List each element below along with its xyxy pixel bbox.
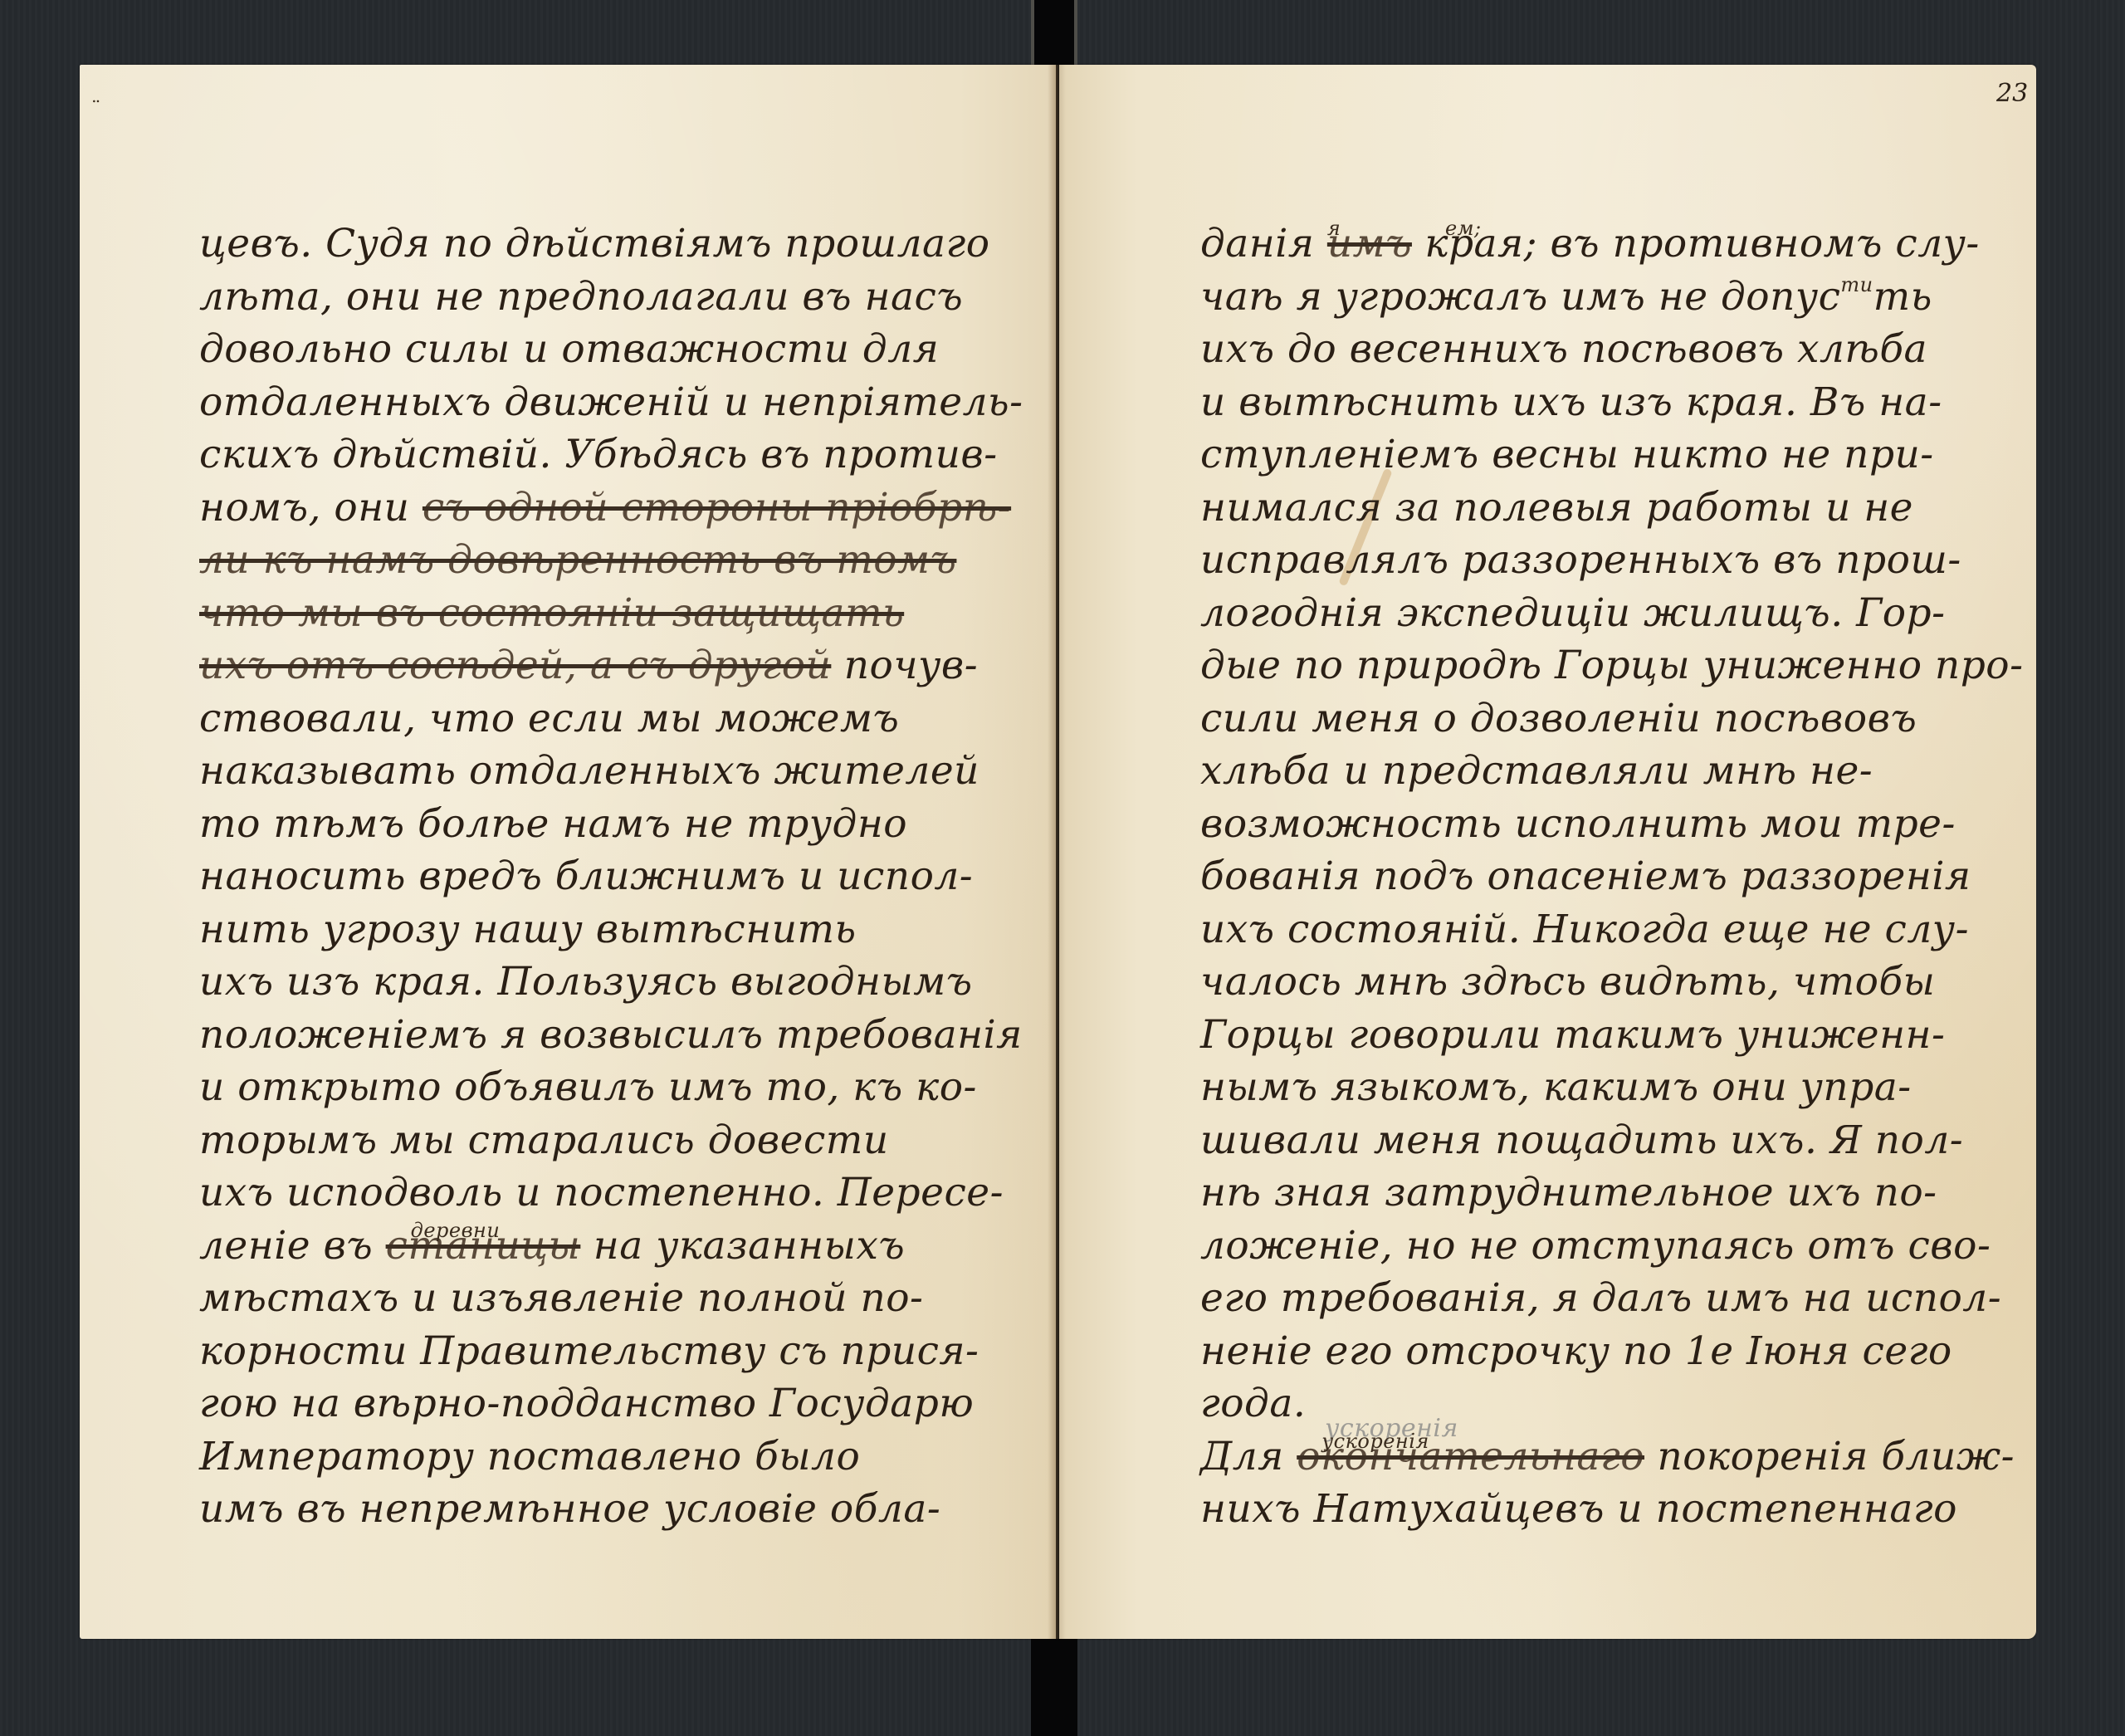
manuscript-line: логоднія экспедиціи жилищъ. Гор- [1200,587,2039,640]
manuscript-line: что мы въ состояніи защищать [199,587,1058,640]
manuscript-line: ствовали, что если мы можемъ [199,692,1058,746]
line-text: шивали меня пощадить ихъ. Я пол- [1200,1117,1963,1163]
line-text: хлѣба и представляли мнѣ не- [1200,748,1873,794]
manuscript-line: леніе въ станицыдеревни на указанныхъ [199,1220,1058,1273]
line-text: гою на вѣрно-подданство Государю [199,1381,974,1426]
line-text: имъ въ непремѣнное условіе обла- [199,1486,940,1532]
manuscript-line: ложеніе, но не отступаясь отъ сво- [1200,1220,2039,1273]
manuscript-line: сили меня о дозволеніи посѣвовъ [1200,692,2039,746]
line-text: ихъ изъ края. Пользуясь выгоднымъ [199,959,973,1005]
line-text: покоренія ближ- [1644,1434,2015,1479]
manuscript-line: Императору поставлено было [199,1430,1058,1484]
manuscript-line: возможность исполнить мои тре- [1200,798,2039,851]
manuscript-line: шивали меня пощадить ихъ. Я пол- [1200,1114,2039,1167]
manuscript-line: ихъ изъ края. Пользуясь выгоднымъ [199,956,1058,1009]
struck-text: съ одной стороны пріобрѣ- [423,485,1011,531]
struck-passage: съ одной стороны пріобрѣ- [423,485,1011,531]
manuscript-line: ихъ до весеннихъ посѣвовъ хлѣба [1200,323,2039,376]
manuscript-line: Горцы говорили такимъ униженн- [1200,1009,2039,1062]
line-text: ихъ состояній. Никогда еще не слу- [1200,907,1969,952]
manuscript-line: ихъ состояній. Никогда еще не слу- [1200,903,2039,956]
line-text: отдаленныхъ движеній и непріятель- [199,379,1023,425]
manuscript-line: наносить вредъ ближнимъ и испол- [199,850,1058,903]
line-text: его требованія, я далъ имъ на испол- [1200,1275,2001,1321]
manuscript-line: нымъ языкомъ, какимъ они упра- [1200,1061,2039,1114]
line-text: Императору поставлено было [199,1434,860,1479]
corner-marks: ․․ [91,86,99,106]
line-text: скихъ дѣйствій. Убѣдясь въ против- [199,432,998,477]
line-text: неніе его отсрочку по 1е Іюня сего [1200,1328,1952,1374]
manuscript-line: неніе его отсрочку по 1е Іюня сего [1200,1325,2039,1378]
line-text: ложеніе, но не отступаясь отъ сво- [1200,1223,1991,1269]
line-text: и открыто объявилъ имъ то, къ ко- [199,1064,977,1110]
manuscript-line: то тѣмъ болѣе намъ не трудно [199,798,1058,851]
line-text: лѣта, они не предполагали въ насъ [199,274,963,320]
struck-text: ихъ отъ сосѣдей, а съ другой [199,643,831,688]
line-text: Горцы говорили такимъ униженн- [1200,1012,1945,1058]
line-text: бованія подъ опасеніемъ раззоренія [1200,853,1971,899]
struck-passage: ли къ намъ довѣренность въ томъ [199,537,956,583]
struck-passage: что мы въ состояніи защищать [199,590,904,636]
gutter-edge-left [1031,0,1034,68]
line-text: и вытѣснить ихъ изъ края. Въ на- [1200,379,1942,425]
line-text: наносить вредъ ближнимъ и испол- [199,853,973,899]
line-text: довольно силы и отважности для [199,326,939,372]
struck-text: ли къ намъ довѣренность въ томъ [199,537,956,583]
manuscript-line: цевъ. Судя по дѣйствіямъ прошлаго [199,218,1058,271]
manuscript-line: нихъ Натухайцевъ и постепеннаго [1200,1483,2039,1536]
line-text: возможность исполнить мои тре- [1200,801,1956,847]
manuscript-line: номъ, они съ одной стороны пріобрѣ- [199,482,1058,535]
line-text: ихъ до весеннихъ посѣвовъ хлѣба [1200,326,1927,372]
line-text: нѣ зная затруднительное ихъ по- [1200,1170,1937,1215]
line-text: ть [1873,274,1932,320]
line-text: нимался за полевыя работы и не [1200,485,1913,531]
struck-passage: станицыдеревни [386,1223,581,1269]
line-text: ; въ противномъ слу- [1524,221,1980,267]
manuscript-line: ли къ намъ довѣренность въ томъ [199,534,1058,587]
line-text: наказывать отдаленныхъ жителей [199,748,979,794]
manuscript-line: ихъ исподволь и постепенно. Пересе- [199,1166,1058,1220]
line-text: чаѣ я угрожалъ имъ не допус [1200,274,1840,320]
manuscript-line: нимался за полевыя работы и не [1200,482,2039,535]
line-text: леніе въ [199,1223,386,1269]
line-text: на указанныхъ [580,1223,905,1269]
struck-passage: ихъ отъ сосѣдей, а съ другой [199,643,831,688]
manuscript-line: отдаленныхъ движеній и непріятель- [199,376,1058,429]
manuscript-line: нѣ зная затруднительное ихъ по- [1200,1166,2039,1220]
line-text: ступленіемъ весны никто не при- [1200,432,1934,477]
manuscript-line: нить угрозу нашу вытѣснить [199,903,1058,956]
manuscript-line: хлѣба и представляли мнѣ не- [1200,745,2039,798]
line-text: нить угрозу нашу вытѣснить [199,907,857,952]
line-text: цевъ. Судя по дѣйствіямъ прошлаго [199,221,990,267]
manuscript-line: положеніемъ я возвысилъ требованія [199,1009,1058,1062]
gutter-edge-right [1074,0,1077,68]
line-text: чалось мнѣ здѣсь видѣть, чтобы [1200,959,1935,1005]
line-text: исправлялъ раззоренныхъ въ прош- [1200,537,1961,583]
line-text: логоднія экспедиціи жилищъ. Гор- [1200,590,1946,636]
line-text: ствовали, что если мы можемъ [199,696,899,741]
line-text: Для [1200,1434,1297,1479]
manuscript-line: чаѣ я угрожалъ имъ не допустить [1200,271,2039,324]
manuscript-line: лѣта, они не предполагали въ насъ [199,271,1058,324]
line-text: дые по природѣ Горцы униженно про- [1200,643,2023,688]
manuscript-line: корности Правительству съ прися- [199,1325,1058,1378]
manuscript-line: наказывать отдаленныхъ жителей [199,745,1058,798]
line-text: мѣстахъ и изъявленіе полной по- [199,1275,923,1321]
line-text: корности Правительству съ прися- [199,1328,979,1374]
manuscript-line: исправлялъ раззоренныхъ въ прош- [1200,534,2039,587]
line-text: нихъ Натухайцевъ и постепеннаго [1200,1486,1957,1532]
manuscript-line: дые по природѣ Горцы униженно про- [1200,639,2039,692]
manuscript-line: и вытѣснить ихъ изъ края. Въ на- [1200,376,2039,429]
manuscript-line: бованія подъ опасеніемъ раззоренія [1200,850,2039,903]
left-page-text: цевъ. Судя по дѣйствіямъ прошлаголѣта, о… [199,218,1058,1536]
manuscript-line: данія имъя краяем;; въ противномъ слу- [1200,218,2039,271]
manuscript-line: имъ въ непремѣнное условіе обла- [199,1483,1058,1536]
right-page-text: данія имъя краяем;; въ противномъ слу-ча… [1200,218,2039,1536]
manuscript-line: ступленіемъ весны никто не при- [1200,428,2039,482]
line-text: сили меня о дозволеніи посѣвовъ [1200,696,1917,741]
interlinear-insertion: я [1327,203,1341,256]
manuscript-line: чалось мнѣ здѣсь видѣть, чтобы [1200,956,2039,1009]
manuscript-line: мѣстахъ и изъявленіе полной по- [199,1272,1058,1325]
struck-passage: имъя [1327,221,1412,267]
manuscript-line: скихъ дѣйствій. Убѣдясь въ против- [199,428,1058,482]
line-text: года. [1200,1381,1306,1426]
interlinear-insertion: ускоренія [1321,1416,1429,1469]
manuscript-line: ускореніяДля окончательнагоускоренія пок… [1200,1430,2039,1484]
line-text: нымъ языкомъ, какимъ они упра- [1200,1064,1912,1110]
line-text: то тѣмъ болѣе намъ не трудно [199,801,907,847]
folio-number: 23 [1996,79,2028,108]
manuscript-line: торымъ мы старались довести [199,1114,1058,1167]
manuscript-line: и открыто объявилъ имъ то, къ ко- [199,1061,1058,1114]
line-text: торымъ мы старались довести [199,1117,889,1163]
line-text: данія [1200,221,1327,267]
interlinear-insertion: деревни [411,1205,501,1258]
interlinear-insertion: ем; [1445,203,1482,256]
manuscript-line: ихъ отъ сосѣдей, а съ другой почув- [199,639,1058,692]
line-text: ихъ исподволь и постепенно. Пересе- [199,1170,1004,1215]
line-text: почув- [831,643,978,688]
line-text: положеніемъ я возвысилъ требованія [199,1012,1023,1058]
interlinear-insertion: ти [1840,273,1873,296]
line-text: номъ, они [199,485,423,531]
struck-passage: окончательнагоускоренія [1297,1434,1644,1479]
manuscript-line: довольно силы и отважности для [199,323,1058,376]
manuscript-line: его требованія, я далъ имъ на испол- [1200,1272,2039,1325]
struck-text: что мы въ состояніи защищать [199,590,904,636]
manuscript-line: гою на вѣрно-подданство Государю [199,1377,1058,1430]
